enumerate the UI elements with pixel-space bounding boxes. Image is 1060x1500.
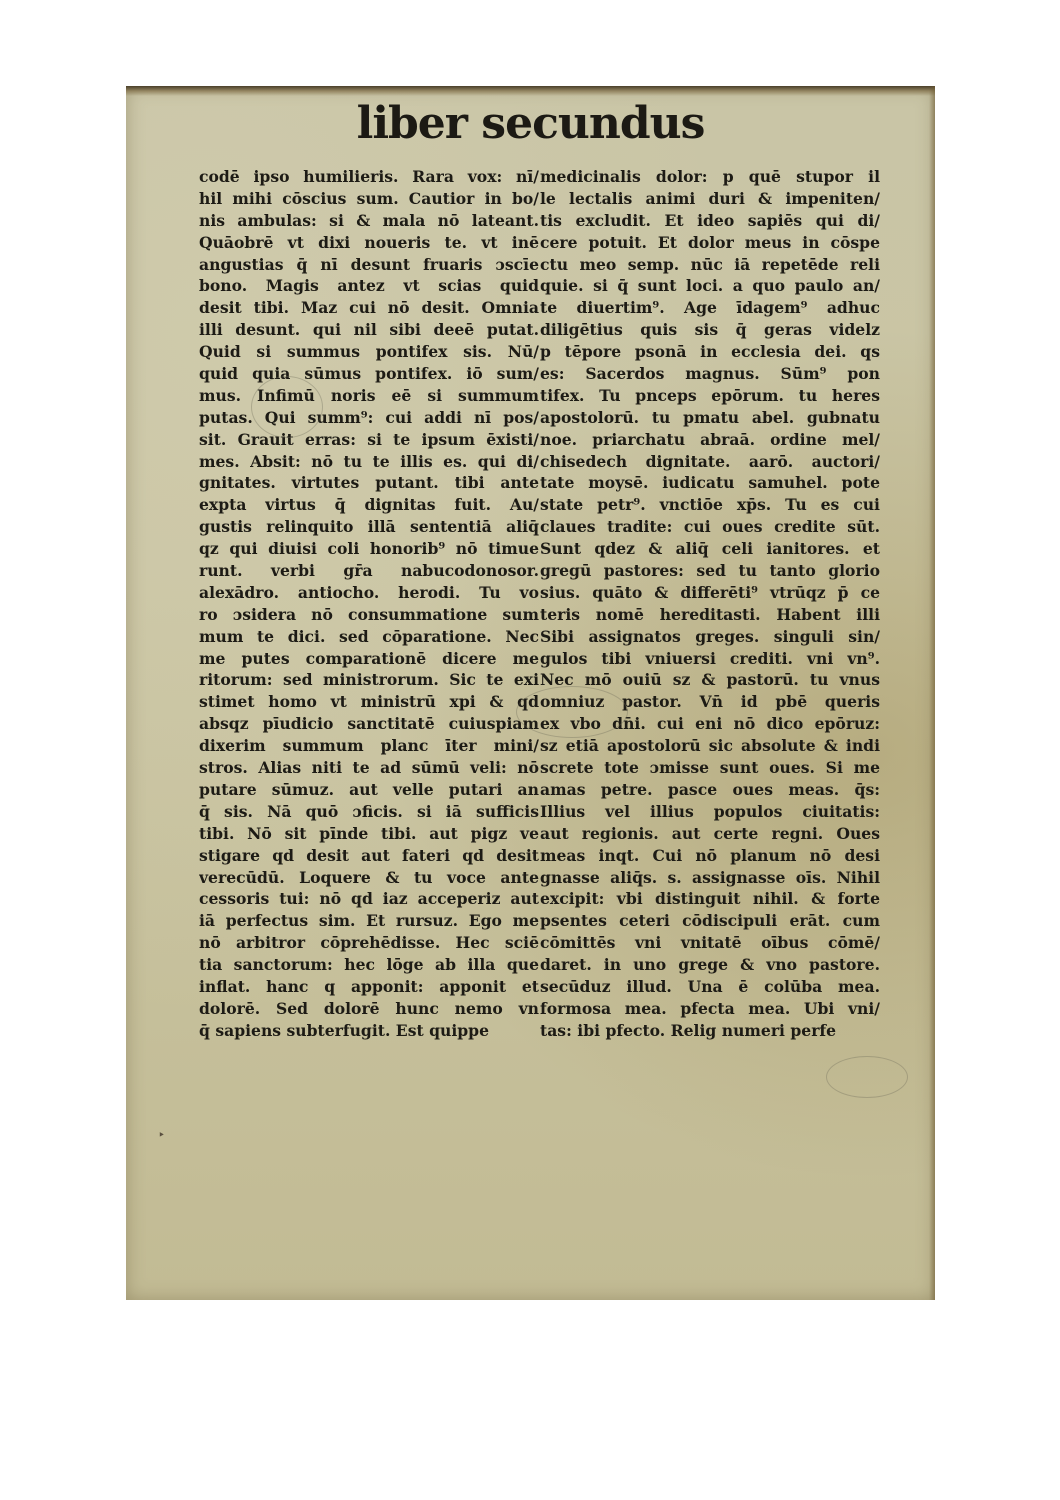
marginal-mark: ‣ [158, 1128, 165, 1142]
text-line: quie. si q̄ sunt loci. a quo paulo an/ [540, 275, 880, 297]
text-line: tifex. Tu pnceps epōrum. tu heres [540, 385, 880, 407]
text-line: omniuz pastor. Vn̄ id pbē queris [540, 691, 880, 713]
text-line: tas: ibi pfecto. Relig numeri perfe [540, 1020, 880, 1042]
text-line: screte tote ɔmisse sunt oues. Si me [540, 757, 880, 779]
text-line: stros. Alias niti te ad sūmū veli: nō [199, 757, 539, 779]
text-line: expta virtus q̄ dignitas fuit. Au/ [199, 494, 539, 516]
text-line: stimet homo vt ministrū xpi & qd [199, 691, 539, 713]
text-line: ctu meo semp. nūc iā repetēde reli [540, 254, 880, 276]
stamp-mark [826, 1056, 908, 1098]
text-line: gnasse aliq̄s. s. assignasse oīs. Nihil [540, 867, 880, 889]
text-line: me putes comparationē dicere me [199, 648, 539, 670]
text-line: runt. verbi gr̄a nabucodonosor. [199, 560, 539, 582]
text-line: Quāobrē vt dixi noueris te. vt inē [199, 232, 539, 254]
text-line: Sunt qdez & aliq̄ celi ianitores. et [540, 538, 880, 560]
text-line: nō arbitror cōprehēdisse. Hec sciē [199, 932, 539, 954]
left-text-column: codē ipso humilieris. Rara vox: nī/hil m… [199, 166, 539, 1042]
text-line: absqz pīudicio sanctitatē cuiuspiam [199, 713, 539, 735]
text-line: chisedech dignitate. aarō. auctori/ [540, 451, 880, 473]
text-line: qz qui diuisi coli honorib⁹ nō timue [199, 538, 539, 560]
text-line: Illius vel illius populos ciuitatis: [540, 801, 880, 823]
text-line: es: Sacerdos magnus. Sūm⁹ pon [540, 363, 880, 385]
text-line: sius. quāto & differēti⁹ vtrūqz p̄ ce [540, 582, 880, 604]
text-line: tia sanctorum: hec lōge ab illa que [199, 954, 539, 976]
text-line: diligētius quis sis q̄ geras videlz [540, 319, 880, 341]
page-right-edge [929, 86, 935, 1300]
text-line: q̄ sapiens subterfugit. Est quippe [199, 1020, 539, 1042]
text-line: gnitates. virtutes putant. tibi ante [199, 472, 539, 494]
text-line: dolorē. Sed dolorē hunc nemo vn [199, 998, 539, 1020]
text-line: p tēpore psonā in ecclesia dei. qs [540, 341, 880, 363]
right-text-column: medicinalis dolor: p quē stupor ille lec… [540, 166, 880, 1042]
text-line: sit. Grauit erras: si te ipsum ēxisti/ [199, 429, 539, 451]
text-line: mes. Absit: nō tu te illis es. qui di/ [199, 451, 539, 473]
text-line: tate moysē. iudicatu samuhel. pote [540, 472, 880, 494]
text-line: angustias q̄ nī desunt fruaris ɔscīe [199, 254, 539, 276]
text-line: le lectalis animi duri & impeniten/ [540, 188, 880, 210]
text-line: ro ɔsidera nō consummatione sum [199, 604, 539, 626]
text-line: medicinalis dolor: p quē stupor il [540, 166, 880, 188]
text-line: formosa mea. pfecta mea. Ubi vni/ [540, 998, 880, 1020]
text-line: desit tibi. Maz cui nō desit. Omnia [199, 297, 539, 319]
text-line: aut regionis. aut certe regni. Oues [540, 823, 880, 845]
running-head: liber secundus [126, 98, 935, 149]
text-line: illi desunt. qui nil sibi deeē putat. [199, 319, 539, 341]
text-line: gulos tibi vniuersi crediti. vni vn⁹. [540, 648, 880, 670]
text-line: apostolorū. tu pmatu abel. gubnatu [540, 407, 880, 429]
text-line: stigare qd desit aut fateri qd desit [199, 845, 539, 867]
text-line: claues tradite: cui oues credite sūt. [540, 516, 880, 538]
text-line: quid quia sūmus pontifex. iō sum/ [199, 363, 539, 385]
text-line: putare sūmuz. aut velle putari an [199, 779, 539, 801]
text-line: meas inqt. Cui nō planum nō desi [540, 845, 880, 867]
text-line: codē ipso humilieris. Rara vox: nī/ [199, 166, 539, 188]
text-line: Nec mō ouiū sz & pastorū. tu vnus [540, 669, 880, 691]
text-line: inflat. hanc q apponit: apponit et [199, 976, 539, 998]
text-line: ex vbo dn̄i. cui eni nō dico epōruz: [540, 713, 880, 735]
text-line: verecūdū. Loquere & tu voce ante [199, 867, 539, 889]
text-line: teris nomē hereditasti. Habent illi [540, 604, 880, 626]
text-line: cessoris tui: nō qd iaz acceperiz aut [199, 888, 539, 910]
text-line: mus. Infimū noris eē si summum [199, 385, 539, 407]
text-line: tis excludit. Et ideo sapiēs qui di/ [540, 210, 880, 232]
text-line: secūduz illud. Una ē colūba mea. [540, 976, 880, 998]
text-line: excipit: vbi distinguit nihil. & forte [540, 888, 880, 910]
text-line: state petr⁹. vnctiōe xp̄s. Tu es cui [540, 494, 880, 516]
text-line: sz etiā apostolorū sic absolute & indi [540, 735, 880, 757]
book-page: liber secundus codē ipso humilieris. Rar… [126, 86, 935, 1300]
text-line: bono. Magis antez vt scias quid [199, 275, 539, 297]
text-line: Sibi assignatos greges. singuli sin/ [540, 626, 880, 648]
text-line: psentes ceteri cōdiscipuli erāt. cum [540, 910, 880, 932]
text-line: cōmittēs vni vnitatē oībus cōmē/ [540, 932, 880, 954]
text-line: dixerim summum planc īter mini/ [199, 735, 539, 757]
text-line: noe. priarchatu abraā. ordine mel/ [540, 429, 880, 451]
text-line: amas petre. pasce oues meas. q̄s: [540, 779, 880, 801]
text-line: hil mihi cōscius sum. Cautior in bo/ [199, 188, 539, 210]
text-line: tibi. Nō sit pīnde tibi. aut pigz ve [199, 823, 539, 845]
text-line: Quid si summus pontifex sis. Nū/ [199, 341, 539, 363]
text-line: nis ambulas: si & mala nō lateant. [199, 210, 539, 232]
text-line: ritorum: sed ministrorum. Sic te exi [199, 669, 539, 691]
text-line: putas. Qui summ⁹: cui addi nī pos/ [199, 407, 539, 429]
text-line: iā perfectus sim. Et rursuz. Ego me [199, 910, 539, 932]
text-line: cere potuit. Et dolor meus in cōspe [540, 232, 880, 254]
text-line: alexādro. antiocho. herodi. Tu vo [199, 582, 539, 604]
page-top-edge [126, 86, 935, 96]
text-line: te diuertim⁹. Age īdagem⁹ adhuc [540, 297, 880, 319]
text-line: q̄ sis. Nā quō ɔficis. si iā sufficis [199, 801, 539, 823]
text-line: mum te dici. sed cōparatione. Nec [199, 626, 539, 648]
text-line: daret. in uno grege & vno pastore. [540, 954, 880, 976]
text-line: gustis relinquito illā sententiā aliq̄ [199, 516, 539, 538]
text-line: gregū pastores: sed tu tanto glorio [540, 560, 880, 582]
